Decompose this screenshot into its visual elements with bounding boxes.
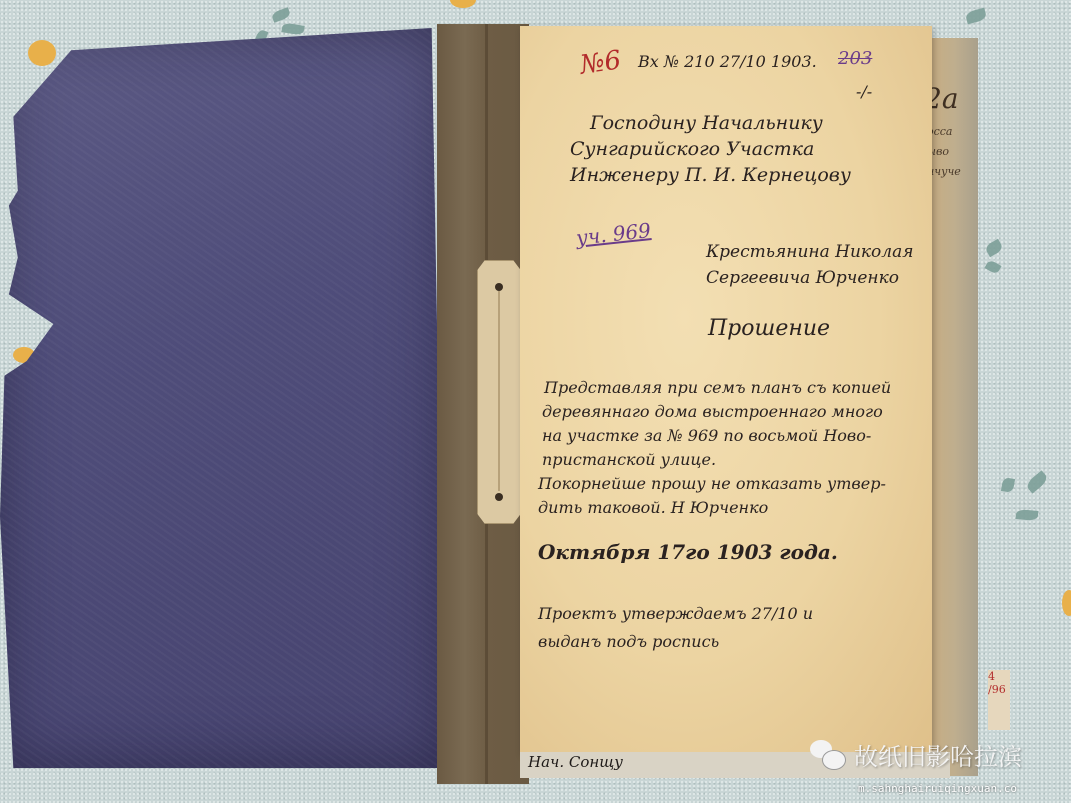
addressee-line-2: Сунгарийского Участка: [570, 138, 814, 160]
body-line-4: пристанской улице.: [542, 450, 716, 469]
resolution-line-1: Проектъ утверждаемъ 27/10 и: [538, 604, 813, 623]
resolution-line-2: выданъ подъ роспись: [538, 632, 719, 651]
background-dot: [1062, 590, 1071, 616]
leaf-icon: [1016, 509, 1039, 521]
bottom-strip-text: Нач. Сонщу: [528, 753, 623, 771]
addressee-line-1: Господину Начальнику: [590, 112, 823, 134]
leaf-icon: [984, 259, 1001, 275]
background-dot: [450, 0, 476, 8]
petition-date: Октября 17го 1903 года.: [538, 540, 838, 564]
addressee-line-3: Инженеру П. И. Кернецову: [570, 164, 851, 186]
watermark-text: 故纸旧影哈拉滨: [854, 737, 1022, 772]
red-tab: 4 /96: [988, 670, 1010, 730]
petition-title: Прошение: [708, 316, 830, 341]
corner-number: №6: [578, 45, 623, 80]
petition-page: №6 Вх № 210 27/10 1903. 203 -/- Господин…: [520, 26, 932, 754]
body-line-1: Представляя при семъ планъ съ копией: [544, 378, 891, 397]
reference-line: Вх № 210 27/10 1903.: [638, 52, 817, 71]
dash-mark: -/-: [856, 82, 872, 101]
binding-strap: [477, 260, 521, 524]
body-line-5: Покорнейше прошу не отказать утвер-: [538, 474, 886, 493]
watermark-url: m.sahnghairuiqingxuan.co: [858, 782, 1017, 795]
body-line-6: дить таковой. Н Юрченко: [538, 498, 768, 517]
page-number: 203: [838, 48, 872, 69]
background-dot: [28, 40, 56, 66]
sender-line-1: Крестьянина Николая: [706, 242, 914, 262]
body-line-3: на участке за № 969 по восьмой Ново-: [542, 426, 871, 445]
wechat-icon: [810, 740, 846, 770]
leaf-icon: [984, 239, 1004, 257]
leaf-icon: [281, 22, 304, 36]
body-line-2: деревяннаго дома выстроеннаго много: [542, 402, 883, 421]
leaf-icon: [1001, 477, 1015, 493]
sender-line-2: Сергеевича Юрченко: [706, 268, 899, 288]
leaf-icon: [1025, 470, 1050, 493]
watermark: 故纸旧影哈拉滨: [810, 737, 1022, 772]
lot-mark: уч. 969: [575, 218, 652, 250]
folder-cover: [0, 28, 445, 768]
folder-spine: [437, 24, 529, 784]
leaf-icon: [271, 7, 291, 23]
leaf-icon: [965, 8, 987, 25]
